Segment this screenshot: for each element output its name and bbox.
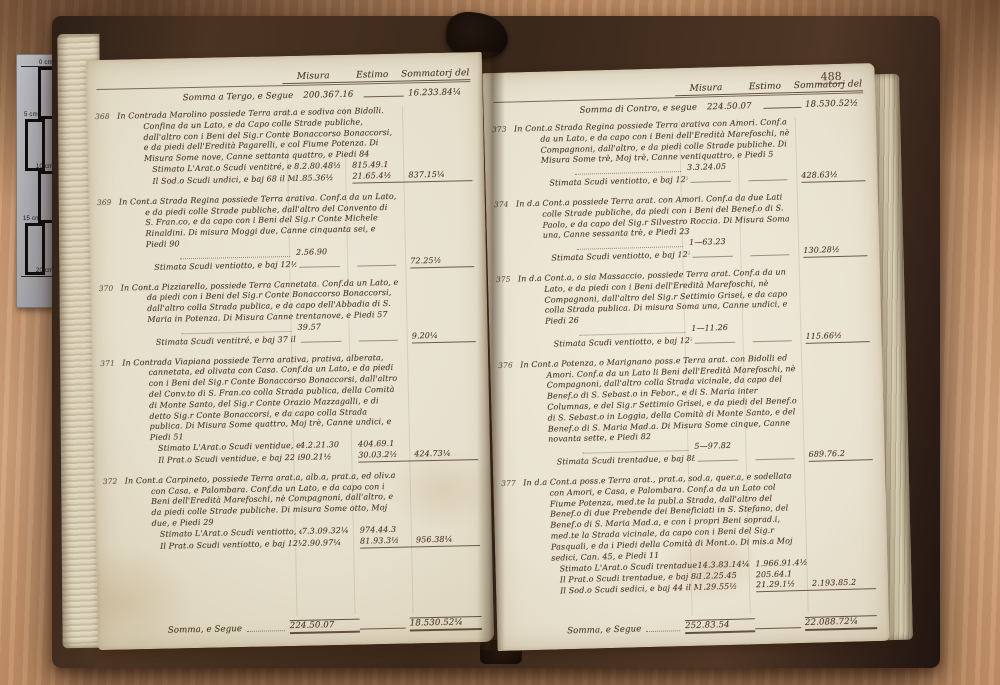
page-total-sommatorio: 22.088.72¼ xyxy=(805,615,877,631)
right-page: 488 Misura Estimo Sommatorj del Somma di… xyxy=(483,63,890,651)
page-total-label: Somma, e Segue xyxy=(507,624,642,639)
dash-leader xyxy=(360,628,406,630)
entry-description: In Contrada Viapiana possiede Terra arat… xyxy=(122,352,402,444)
sommatorio-value: 956.38¼ xyxy=(416,534,480,547)
valuation-label: Il Prat.o Scudi ventiotto, e baj 12½ il … xyxy=(126,538,302,552)
page-total-sommatorio: 18.530.52¼ xyxy=(410,616,482,632)
ruler-label: 10 cm xyxy=(36,164,53,170)
valuation-label: Stimata Scudi ventiotto, e baj 12½ il Mo… xyxy=(520,336,692,351)
misura-value xyxy=(689,249,747,261)
entry-description: In Cont.a Strada Regina possiede Terra a… xyxy=(514,117,793,167)
dotted-leader xyxy=(180,248,290,259)
misura-value: 5—97.82 xyxy=(694,441,752,453)
left-page-entries: 368In Contrada Marolino possiede Terra a… xyxy=(97,104,482,620)
misura-value: 1—11.26 xyxy=(691,322,749,334)
carry-forward-misura: 200.367.16 xyxy=(303,89,364,101)
dotted-leader xyxy=(582,442,688,454)
sommatorio-value: 2.193.85.2 xyxy=(812,577,876,590)
valuation-label: Stimata Scudi ventiotto, e baj 12½ il Mo… xyxy=(515,175,687,190)
sommatorio-value: 424.73¼ xyxy=(414,448,478,461)
entry-number: 373 xyxy=(492,125,507,136)
misura-value: 1.29.55½ xyxy=(698,582,756,594)
misura-value: 4.2.21.30 xyxy=(300,440,358,452)
sommatorio-value: 115.66½ xyxy=(805,330,869,343)
misura-value: 1.2.25.45 xyxy=(698,570,756,582)
sommatorio-value: 689.76.2 xyxy=(808,448,872,461)
dotted-leader xyxy=(247,630,285,632)
entry-description: In Cont.a Carpineto, possiede Terra arat… xyxy=(125,470,404,530)
page-total-misura: 252.83.54 xyxy=(685,618,755,634)
carry-forward-row: Somma a Tergo, e Segue 200.367.16 16.233… xyxy=(97,87,471,106)
ledger-entry-370: 370In Cont.a Pizziarello, possiede Terra… xyxy=(101,276,476,350)
left-page-content: Misura Estimo Sommatorj del Somma a Terg… xyxy=(86,52,494,650)
misura-value: 1—63.23 xyxy=(689,237,747,249)
dotted-leader xyxy=(646,630,680,632)
misura-value: 1.85.36½ xyxy=(294,173,352,185)
misura-value: 3.3.24.05 xyxy=(687,162,745,174)
ruler-label: 0 cm xyxy=(39,60,53,66)
misura-value: 2.56.90 xyxy=(296,247,354,259)
dotted-leader xyxy=(579,324,685,336)
entry-number: 370 xyxy=(99,283,114,294)
carry-forward-label: Somma a Tergo, e Segue xyxy=(97,91,294,106)
carry-forward-label: Somma di Contro, e segue xyxy=(493,103,697,119)
entry-description: In Cont.a Potenza, o Marignano poss.e Te… xyxy=(520,353,800,447)
dotted-leader xyxy=(575,163,681,175)
dotted-leader xyxy=(577,238,683,250)
sommatorio-value: 837.15¼ xyxy=(408,169,472,182)
right-page-entries: 373In Cont.a Strada Regina possiede Terr… xyxy=(494,115,877,621)
ledger-entry-374: 374In d.a Cont.a possiede Terra arat. co… xyxy=(496,190,868,266)
carry-forward-sommatorio: 16.233.84¼ xyxy=(408,87,471,99)
valuation-label: Stimata Scudi ventiotto, e baj 12½ il Mo… xyxy=(120,260,296,274)
page-total-label: Somma, e Segue xyxy=(108,624,242,638)
dash-leader xyxy=(764,107,801,109)
estimo-value xyxy=(749,334,805,345)
ledger-entry-371: 371In Contrada Viapiana possiede Terra a… xyxy=(102,351,478,468)
misura-value: 39.57 xyxy=(297,322,355,334)
ledger-entry-369: 369In Cont.a Strada Regina possiede Terr… xyxy=(99,190,475,275)
page-total-misura: 224.50.07 xyxy=(290,619,360,634)
ledger-entry-377: 377In d.a Cont.a poss.e Terra arat., pra… xyxy=(503,469,876,599)
misura-value xyxy=(695,453,753,465)
entry-description: In d.a Cont.a possiede Terra arat. con A… xyxy=(516,192,795,242)
column-header-estimo: Estimo xyxy=(344,70,400,83)
entry-number: 372 xyxy=(103,476,118,487)
ruler-label: 20 cm xyxy=(36,268,53,274)
photo-scene: 0 cm 5 cm 10 cm 15 cm 20 cm Misura Estim… xyxy=(0,0,1000,685)
entry-description: In Cont.a Strada Regina possiede Terra a… xyxy=(119,192,398,252)
entry-description: In d.a Cont.a poss.e Terra arat., prat.a… xyxy=(523,471,803,565)
entry-number: 377 xyxy=(501,478,516,489)
misura-value: 2.90.97¼ xyxy=(302,537,360,549)
estimo-value xyxy=(356,333,412,344)
sommatorio-value: 130.28½ xyxy=(803,244,867,257)
valuation-label: Il Prat.o Scudi ventidue, e baj 22 il Mo… xyxy=(124,453,300,467)
column-header-sommatorio: Sommatorj del xyxy=(793,79,863,93)
valuation-label: Stimata Scudi trentadue, e baj 88 il Moj… xyxy=(523,454,695,469)
entry-number: 371 xyxy=(100,358,115,369)
entry-description: In Cont.a Pizziarello, possiede Terra Ca… xyxy=(121,277,400,326)
estimo-value: 30.03.2½ xyxy=(358,449,414,462)
ruler-label: 5 cm xyxy=(24,112,38,118)
page-total-row: Somma, e Segue 224.50.07 18.530.52¼ xyxy=(108,616,482,638)
estimo-value xyxy=(745,173,801,184)
ledger-entry-375: 375In d.a Cont.a, o sia Massaccio, possi… xyxy=(498,265,870,351)
entry-number: 376 xyxy=(498,360,513,371)
column-header-misura: Misura xyxy=(675,83,737,97)
entry-number: 374 xyxy=(494,200,509,211)
misura-value: 8.2.80.48½ xyxy=(294,161,352,173)
dotted-leader xyxy=(181,323,291,334)
estimo-value xyxy=(753,452,809,463)
column-header-estimo: Estimo xyxy=(737,81,793,94)
entry-description: In Contrada Marolino possiede Terra arat… xyxy=(117,106,396,166)
dash-leader xyxy=(755,627,801,629)
sommatorio-value: 72.25½ xyxy=(410,255,474,268)
estimo-value: 81.93.3½ xyxy=(360,535,416,548)
sommatorio-value: 9.20¼ xyxy=(412,330,476,343)
left-page: Misura Estimo Sommatorj del Somma a Terg… xyxy=(86,52,494,650)
misura-value xyxy=(298,334,356,345)
column-header-misura: Misura xyxy=(282,71,344,84)
valuation-label: Stimata Scudi ventiotto, e baj 12½ il Mo… xyxy=(517,250,689,265)
entry-number: 375 xyxy=(496,275,511,286)
ledger-entry-372: 372In Cont.a Carpineto, possiede Terra a… xyxy=(105,469,481,554)
valuation-label: Stimata Scudi ventitré, e baj 37 il Mojo xyxy=(122,335,298,349)
column-headers: Misura Estimo Sommatorj del xyxy=(96,68,470,90)
misura-value xyxy=(691,335,749,347)
column-header-sommatorio: Sommatorj del xyxy=(400,68,470,81)
misura-value: 90.21½ xyxy=(300,452,358,464)
misura-value xyxy=(296,259,354,270)
estimo-value xyxy=(747,248,803,259)
valuation-label: Il Sod.o Scudi undici, e baj 68 il Mojo xyxy=(118,174,294,188)
ruler-label: 15 cm xyxy=(23,216,40,222)
dash-leader xyxy=(364,96,404,98)
estimo-value: 21.65.4½ xyxy=(352,170,408,183)
entry-number: 369 xyxy=(97,197,112,208)
estimo-value: 21.29.1½ xyxy=(756,579,812,592)
ledger-entry-376: 376In Cont.a Potenza, o Marignano poss.e… xyxy=(500,351,873,470)
misura-value xyxy=(687,174,745,186)
ledger-entry-373: 373In Cont.a Strada Regina possiede Terr… xyxy=(494,115,866,191)
sommatorio-value: 428.63½ xyxy=(801,169,865,182)
carry-forward-misura: 224.50.07 xyxy=(707,101,764,113)
entry-number: 368 xyxy=(95,112,110,123)
estimo-value xyxy=(354,258,410,269)
entry-description: In d.a Cont.a, o sia Massaccio, possiede… xyxy=(518,267,797,328)
right-page-content: Misura Estimo Sommatorj del Somma di Con… xyxy=(483,63,890,651)
ledger-entry-368: 368In Contrada Marolino possiede Terra a… xyxy=(97,104,473,189)
misura-value: 7.3.09.32¼ xyxy=(302,525,360,537)
carry-forward-sommatorio: 18.530.52½ xyxy=(805,98,864,111)
